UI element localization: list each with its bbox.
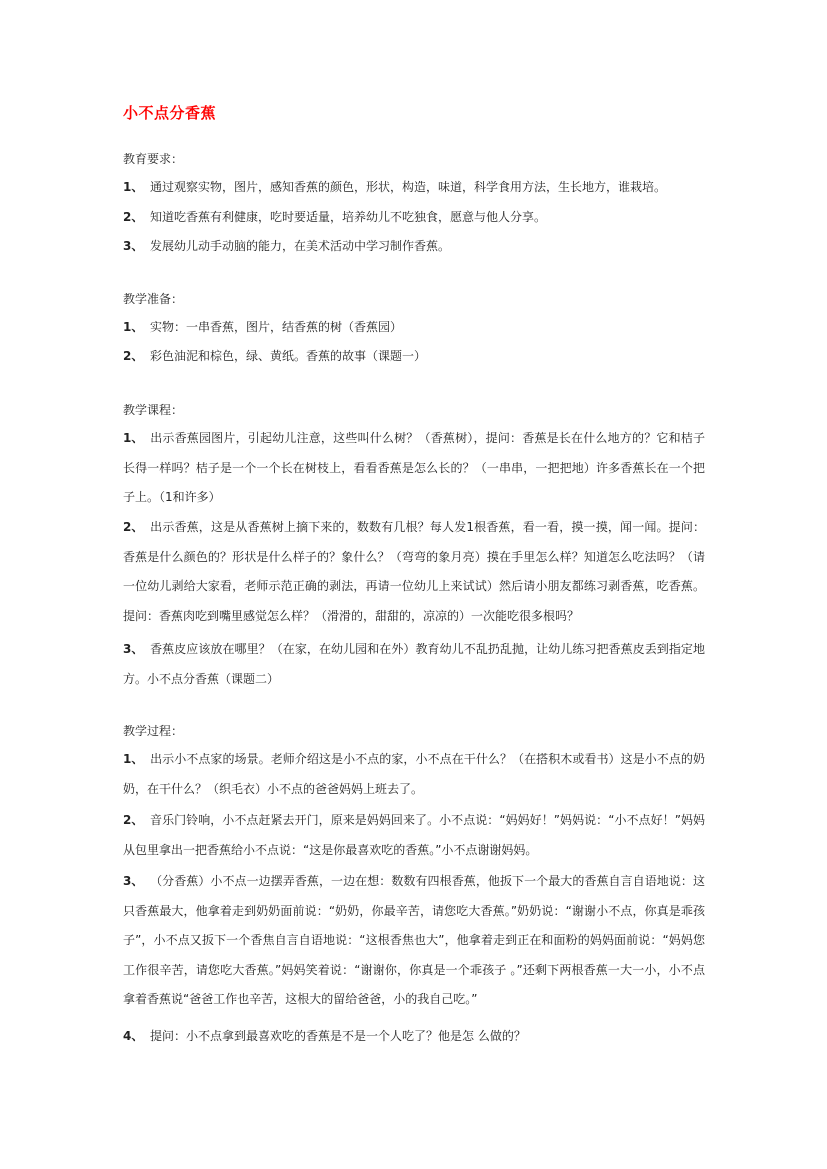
list-item: 3、香蕉皮应该放在哪里？（在家，在幼儿园和在外）教育幼儿不乱扔乱抛，让幼儿练习把… — [123, 635, 705, 694]
item-number: 2、 — [123, 203, 150, 233]
item-text: 音乐门铃响，小不点赶紧去开门，原来是妈妈回来了。小不点说：“妈妈好！”妈妈说：“… — [123, 813, 705, 857]
list-item: 1、出示小不点家的场景。老师介绍这是小不点的家，小不点在干什么？（在搭积木或看书… — [123, 745, 705, 804]
item-number: 3、 — [123, 232, 150, 262]
document-title: 小不点分香蕉 — [123, 102, 216, 123]
list-item: 2、知道吃香蕉有利健康，吃时要适量，培养幼儿不吃独食，愿意与他人分享。 — [123, 203, 705, 233]
list-item: 1、出示香蕉园图片，引起幼儿注意，这些叫什么树？（香蕉树），提问：香蕉是长在什么… — [123, 424, 705, 513]
section-heading-education-requirements: 教育要求： — [123, 150, 183, 167]
item-number: 4、 — [123, 1022, 150, 1052]
item-number: 2、 — [123, 806, 150, 836]
list-item: 2、彩色油泥和棕色，绿、黄纸。香蕉的故事（课题一） — [123, 342, 705, 372]
item-number: 1、 — [123, 745, 150, 775]
item-text: 出示香蕉，这是从香蕉树上摘下来的，数数有几根？每人发1根香蕉，看一看，摸一摸，闻… — [123, 520, 705, 623]
list-item: 4、提问：小不点拿到最喜欢吃的香蕉是不是一个人吃了？他是怎 么做的？ — [123, 1022, 705, 1052]
item-number: 1、 — [123, 424, 150, 454]
item-text: 香蕉皮应该放在哪里？（在家，在幼儿园和在外）教育幼儿不乱扔乱抛，让幼儿练习把香蕉… — [123, 642, 705, 686]
item-text: 实物：一串香蕉，图片，结香蕉的树（香蕉园） — [150, 320, 402, 334]
item-text: 发展幼儿动手动脑的能力，在美术活动中学习制作香蕉。 — [150, 239, 450, 253]
item-number: 2、 — [123, 342, 150, 372]
item-number: 2、 — [123, 513, 150, 543]
item-text: 出示香蕉园图片，引起幼儿注意，这些叫什么树？（香蕉树），提问：香蕉是长在什么地方… — [123, 431, 705, 504]
list-item: 2、出示香蕉，这是从香蕉树上摘下来的，数数有几根？每人发1根香蕉，看一看，摸一摸… — [123, 513, 705, 631]
item-number: 3、 — [123, 867, 150, 897]
section-heading-teaching-process: 教学过程： — [123, 722, 183, 739]
item-number: 1、 — [123, 313, 150, 343]
item-text: 知道吃香蕉有利健康，吃时要适量，培养幼儿不吃独食，愿意与他人分享。 — [150, 210, 546, 224]
list-item: 1、实物：一串香蕉，图片，结香蕉的树（香蕉园） — [123, 313, 705, 343]
section-heading-teaching-preparation: 教学准备： — [123, 290, 183, 307]
item-text: 出示小不点家的场景。老师介绍这是小不点的家，小不点在干什么？（在搭积木或看书）这… — [123, 752, 705, 796]
section-heading-teaching-course: 教学课程： — [123, 401, 183, 418]
item-text: 彩色油泥和棕色，绿、黄纸。香蕉的故事（课题一） — [150, 349, 426, 363]
item-text: 通过观察实物，图片，感知香蕉的颜色，形状，构造，味道，科学食用方法，生长地方，谁… — [150, 180, 666, 194]
list-item: 1、通过观察实物，图片，感知香蕉的颜色，形状，构造，味道，科学食用方法，生长地方… — [123, 173, 705, 203]
list-item: 3、（分香蕉）小不点一边摆弄香蕉，一边在想：数数有四根香蕉，他扳下一个最大的香蕉… — [123, 867, 705, 1015]
item-text: （分香蕉）小不点一边摆弄香蕉，一边在想：数数有四根香蕉，他扳下一个最大的香蕉自言… — [123, 874, 705, 1006]
item-number: 3、 — [123, 635, 150, 665]
item-number: 1、 — [123, 173, 150, 203]
list-item: 2、音乐门铃响，小不点赶紧去开门，原来是妈妈回来了。小不点说：“妈妈好！”妈妈说… — [123, 806, 705, 865]
list-item: 3、发展幼儿动手动脑的能力，在美术活动中学习制作香蕉。 — [123, 232, 705, 262]
item-text: 提问：小不点拿到最喜欢吃的香蕉是不是一个人吃了？他是怎 么做的？ — [150, 1029, 526, 1043]
